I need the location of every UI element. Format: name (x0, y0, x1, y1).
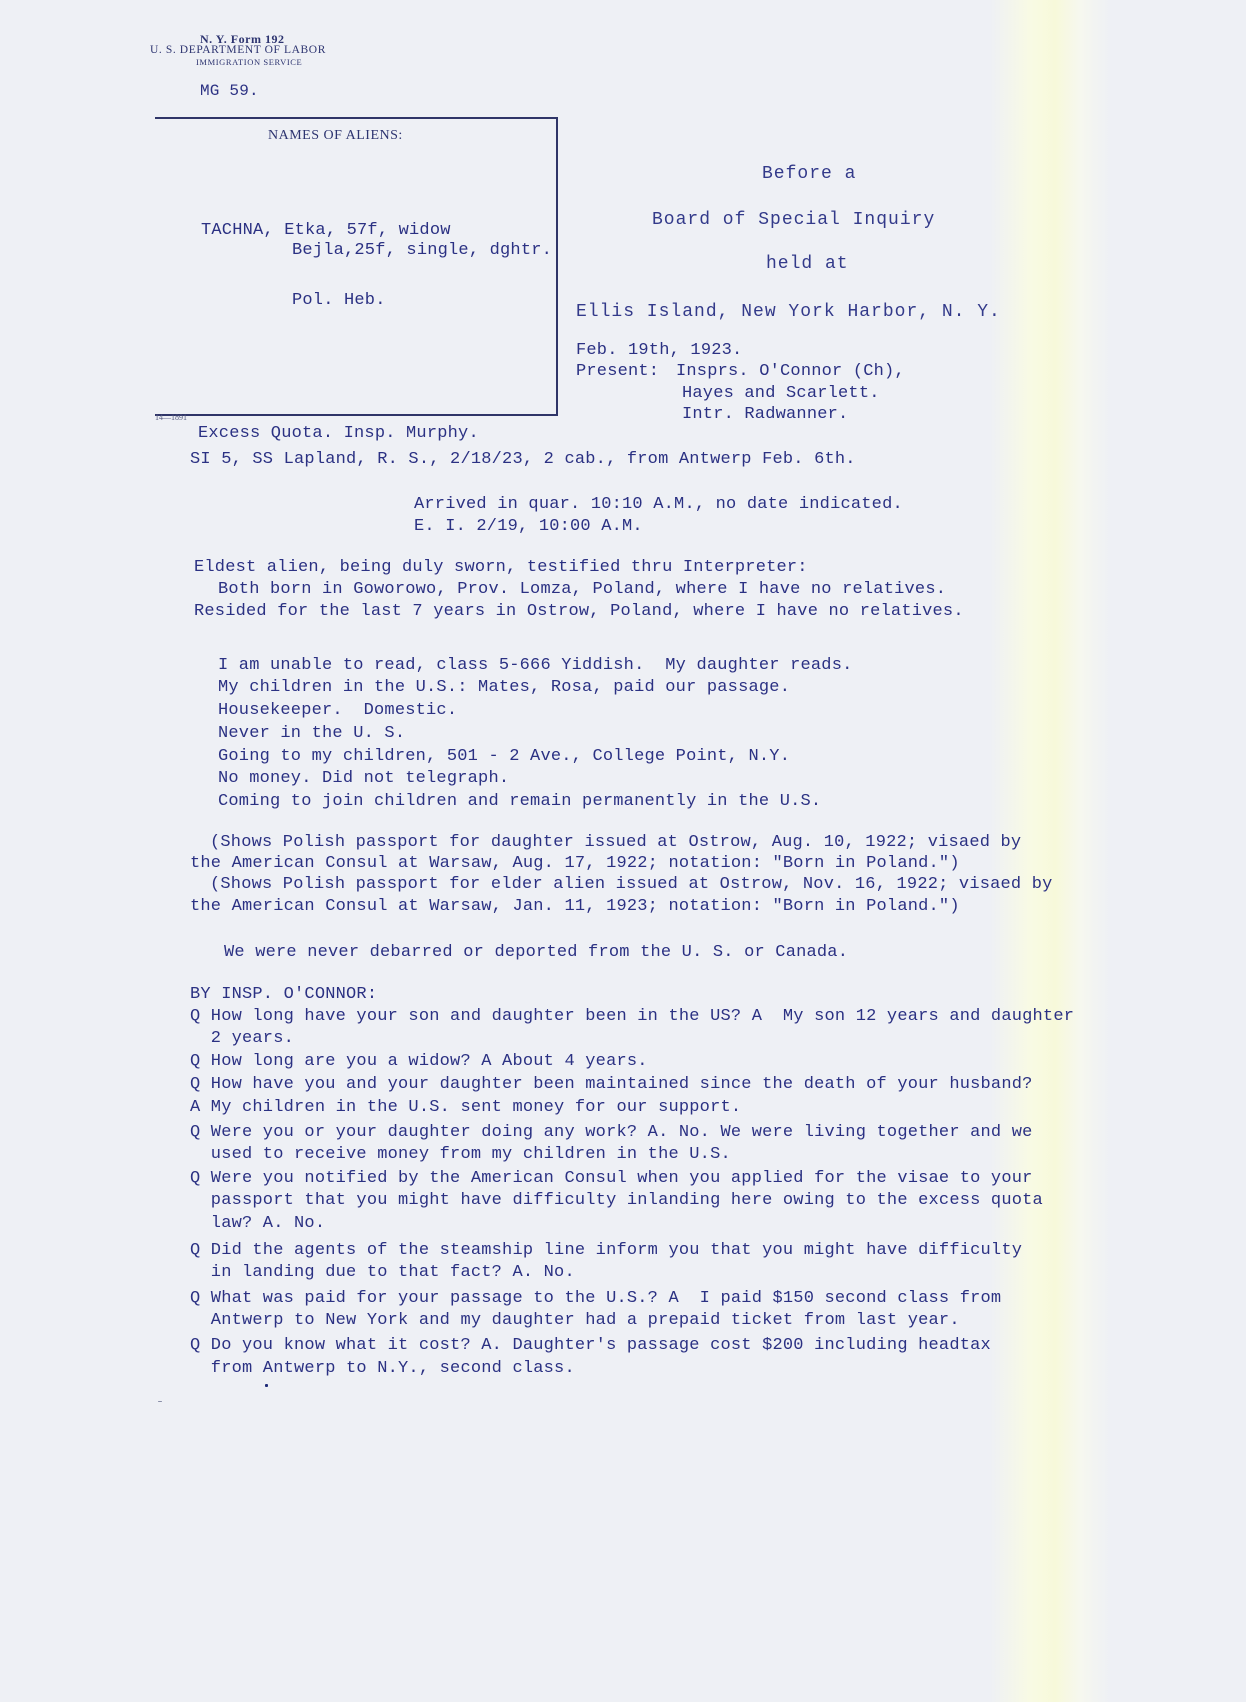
qa-line: Q How have you and your daughter been ma… (190, 1074, 1033, 1096)
testimony-resided: Resided for the last 7 years in Ostrow, … (194, 601, 964, 623)
statement: Housekeeper. Domestic. (218, 700, 457, 722)
file-reference: MG 59. (200, 80, 259, 102)
ellis-island-arrival: E. I. 2/19, 10:00 A.M. (414, 516, 643, 538)
passport-elder-line1: (Shows Polish passport for elder alien i… (210, 874, 1053, 896)
print-mark: 14—1891 (155, 413, 187, 422)
qa-line: Q How long have your son and daughter be… (190, 1006, 1074, 1028)
qa-line: Q What was paid for your passage to the … (190, 1288, 1001, 1310)
ship-line: SI 5, SS Lapland, R. S., 2/18/23, 2 cab.… (190, 449, 856, 471)
qa-line: law? A. No. (190, 1213, 325, 1235)
board-line-before: Before a (762, 164, 856, 184)
qa-line: from Antwerp to N.Y., second class. (190, 1358, 575, 1380)
qa-line: passport that you might have difficulty … (190, 1190, 1043, 1212)
qa-line: A My children in the U.S. sent money for… (190, 1097, 741, 1119)
statement: Never in the U. S. (218, 723, 405, 745)
qa-line: Q Did the agents of the steamship line i… (190, 1240, 1022, 1262)
passport-elder-line2: the American Consul at Warsaw, Jan. 11, … (190, 896, 960, 918)
qa-line: Q Were you notified by the American Cons… (190, 1168, 1033, 1190)
excess-quota-line: Excess Quota. Insp. Murphy. (198, 423, 479, 445)
statement: I am unable to read, class 5-666 Yiddish… (218, 655, 853, 677)
qa-line: Q Were you or your daughter doing any wo… (190, 1122, 1033, 1144)
service-name: IMMIGRATION SERVICE (196, 57, 302, 67)
qa-line: used to receive money from my children i… (190, 1144, 731, 1166)
qa-line: Q How long are you a widow? A About 4 ye… (190, 1051, 648, 1073)
statement: Coming to join children and remain perma… (218, 791, 821, 813)
qa-line: Q Do you know what it cost? A. Daughter'… (190, 1335, 991, 1357)
never-debarred: We were never debarred or deported from … (224, 942, 848, 964)
examination-heading: BY INSP. O'CONNOR: (190, 984, 377, 1006)
qa-line: in landing due to that fact? A. No. (190, 1262, 575, 1284)
names-box-title: NAMES OF ALIENS: (268, 128, 403, 144)
present-interpreter: Intr. Radwanner. (682, 404, 848, 426)
nationality-race: Pol. Heb. (292, 290, 386, 312)
board-line-title: Board of Special Inquiry (652, 210, 935, 230)
ink-speck (158, 1401, 162, 1402)
names-of-aliens-box (155, 117, 558, 416)
present-inspectors: Insprs. O'Connor (Ch), (676, 361, 905, 383)
alien-name-2: Bejla,25f, single, dghtr. (292, 240, 552, 262)
department-name: U. S. DEPARTMENT OF LABOR (150, 44, 326, 56)
hearing-date: Feb. 19th, 1923. (576, 340, 742, 362)
testimony-intro: Eldest alien, being duly sworn, testifie… (194, 557, 808, 579)
statement: My children in the U.S.: Mates, Rosa, pa… (218, 677, 790, 699)
statement: No money. Did not telegraph. (218, 768, 509, 790)
board-line-held-at: held at (766, 254, 849, 274)
qa-line: 2 years. (190, 1028, 294, 1050)
alien-name-1: TACHNA, Etka, 57f, widow (201, 220, 451, 242)
passport-daughter-line1: (Shows Polish passport for daughter issu… (210, 832, 1021, 854)
testimony-born: Both born in Goworowo, Prov. Lomza, Pola… (218, 579, 946, 601)
qa-line: Antwerp to New York and my daughter had … (190, 1310, 960, 1332)
arrived-quarantine: Arrived in quar. 10:10 A.M., no date ind… (414, 494, 903, 516)
passport-daughter-line2: the American Consul at Warsaw, Aug. 17, … (190, 853, 960, 875)
board-location: Ellis Island, New York Harbor, N. Y. (576, 302, 1001, 322)
present-label: Present: (576, 361, 659, 383)
statement: Going to my children, 501 - 2 Ave., Coll… (218, 746, 790, 768)
ink-speck (265, 1384, 268, 1387)
present-inspectors-2: Hayes and Scarlett. (682, 383, 880, 405)
